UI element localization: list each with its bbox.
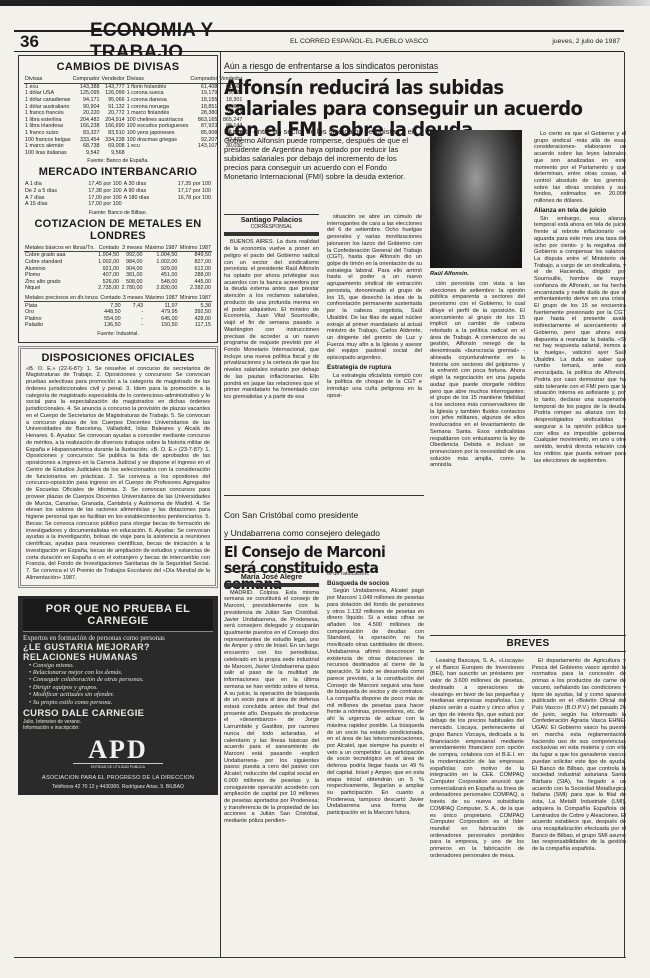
column-header: 3 meses (122, 295, 144, 302)
table-row: 100 liras italianas9,5429,568 (24, 150, 243, 157)
table-cell: 17,35 por 100 (162, 181, 212, 188)
table-cell: 392,50 (179, 309, 212, 316)
table-cell: 150,50 (144, 322, 179, 329)
marconi-article: Con San Cristóbal como presidente y Unda… (224, 505, 424, 592)
table-cell: 849,50 (178, 252, 212, 259)
marconi-author: María José Alegre (224, 574, 319, 587)
marconi-col2a-text: te de ratificación. (327, 571, 424, 578)
subhead-busqueda: Búsqueda de socios (327, 581, 424, 588)
table-cell: 100 escudos portugueses (126, 123, 190, 130)
table-cell: 381,00 (120, 272, 143, 279)
marconi-kicker-1: Con San Cristóbal como presidente (224, 511, 358, 522)
metales-basicos-table: Metales básicos en libras/Tn.Contado3 me… (24, 245, 212, 292)
table-row: Cobre grado aaa1.004,50992,001.004,50849… (24, 252, 212, 259)
table-cell: 451,00 (143, 272, 178, 279)
financial-tables-box: CAMBIOS DE DIVISAS DivisasCompradorVende… (18, 55, 218, 343)
table-cell: 28,380 (189, 110, 218, 117)
apd-logo: APD ENTIDAD DE UTILIDAD PUBLICA (73, 737, 163, 769)
table-cell: 1.004,50 (97, 252, 120, 259)
divisas-table: DivisasCompradorVendedorDivisasComprador… (24, 76, 243, 156)
column-header: Metales preciosos en dlr./onza (24, 295, 99, 302)
marconi-kicker-2: y Undabarrena como consejero delegado (224, 529, 380, 540)
disposiciones-title: DISPOSICIONES OFICIALES (26, 352, 210, 364)
table-cell: 18,155 (189, 97, 218, 104)
table-cell: 143,777 (101, 83, 126, 90)
table-cell: 1 libra irlandesa (24, 123, 72, 130)
breves-column-left: Leasing Bascaya, S. A., «Liscaya» y el B… (430, 658, 524, 860)
table-row: Platino554,00-645,00428,00 (24, 315, 212, 322)
ad-course: CURSO DALE CARNEGIE (23, 708, 213, 719)
table-cell: 863,165 (189, 117, 218, 124)
metales-source: Fuente: Industrial. (24, 331, 212, 337)
table-cell: 117,15 (179, 322, 212, 329)
table-cell: 100 dracmas griegas (126, 136, 190, 143)
apd-logo-text: APD (73, 737, 163, 763)
table-cell: 87,923 (189, 123, 218, 130)
table-row: 1 dólar australiano90,90491,1321 corona … (24, 103, 243, 110)
main-col1-text: BUENOS AIRES. La dura realidad de la eco… (224, 239, 319, 400)
table-cell: 85,908 (189, 130, 218, 137)
table-cell: 17,00 por 100 (72, 194, 122, 201)
table-cell: 100 chelines austríacos (126, 117, 190, 124)
table-cell: 83,327 (72, 130, 101, 137)
table-cell: 204,914 (101, 117, 126, 124)
table-cell: 2.735,00 (97, 285, 120, 292)
table-cell: 645,00 (144, 315, 179, 322)
ad-question: ¿LE GUSTARIA MEJORAR? RELACIONES HUMANAS (23, 642, 213, 662)
table-cell: 100 liras italianas (24, 150, 72, 157)
table-cell: Aluminio (24, 265, 97, 272)
ad-bullet-item: Relacionarse mejor con los demás. (29, 669, 213, 676)
table-row: 1 franco suizo83,32783,510100 yens japon… (24, 130, 243, 137)
column-header: Mínimo 1987 (178, 245, 212, 252)
byline: Santiago Palacios CORRESPONSAL (224, 214, 319, 236)
table-cell: 921,00 (97, 265, 120, 272)
table-cell: 1.004,50 (143, 252, 178, 259)
table-cell: 69,008 (101, 143, 126, 150)
table-cell: 100 yens japoneses (126, 130, 190, 137)
table-cell: 90,904 (72, 103, 101, 110)
ad-phones: Teléfonos 42 70 12 y 4430300. Rodríguez … (23, 784, 213, 790)
table-cell: Paladio (24, 322, 99, 329)
table-cell: A 90 días (123, 188, 162, 195)
table-row: 1 dólar USA125,095126,0991 corona sueca1… (24, 90, 243, 97)
ad-bullet-item: Conseguir colaboración de otras personas… (29, 676, 213, 683)
table-cell: A 15 días (24, 201, 72, 208)
table-row: 1 dólar canadiense94,17195,0661 corona d… (24, 97, 243, 104)
metales-title: COTIZACION DE METALES EN LONDRES (24, 218, 212, 242)
divisas-source: Fuente: Banco de España. (24, 158, 212, 164)
table-cell: 9,568 (101, 150, 126, 157)
column-header: Comprador (72, 76, 101, 83)
ad-bullet-item: Modificar actitudes sin ofender. (29, 691, 213, 698)
table-cell: A 7 días (24, 194, 72, 201)
ad-headline: POR QUE NO PRUEBA EL CARNEGIE (23, 599, 213, 632)
table-cell: 548,00 (143, 278, 178, 285)
column-header: Contado (99, 295, 121, 302)
table-cell: 11,97 (144, 302, 179, 309)
table-cell: Plata (24, 302, 99, 309)
column-header: Máximo 1987 (144, 295, 179, 302)
disposiciones-text: «B. O. E.» (22-6-87): 1. Se resuelve el … (26, 366, 210, 582)
page-bottom-rule (14, 957, 626, 958)
column-header: Mínimo 1987 (179, 295, 212, 302)
table-cell: 929,00 (143, 265, 178, 272)
table-cell: 1 marco finlandés (126, 110, 190, 117)
table-cell: 288,00 (178, 272, 212, 279)
divisas-title: CAMBIOS DE DIVISAS (24, 61, 212, 73)
marconi-byline: María José Alegre (224, 571, 319, 587)
table-cell: 1.002,00 (97, 259, 120, 266)
table-row: Niquel2.735,002.780,002.830,002.282,00 (24, 285, 212, 292)
table-cell: 166,238 (72, 123, 101, 130)
table-cell: 1 ecu (126, 143, 190, 150)
column-header: Vendedor (101, 76, 126, 83)
table-cell: 204,482 (72, 117, 101, 124)
table-row: 1 franco francés20,22020,7721 marco finl… (24, 110, 243, 117)
main-article: Aún a riesgo de enfrentarse a los sindic… (224, 56, 624, 140)
table-cell: Platino (24, 315, 99, 322)
table-cell: 2.282,00 (178, 285, 212, 292)
table-cell: Cobre standard (24, 259, 97, 266)
table-row: Plomo407,00381,00451,00288,00 (24, 272, 212, 279)
author-name: Santiago Palacios (224, 217, 319, 224)
table-cell: 984,00 (120, 259, 143, 266)
ad-bullet-item: Consigo mismo. (29, 662, 213, 669)
table-cell: Plomo (24, 272, 97, 279)
column-header: Divisas (24, 76, 72, 83)
table-cell: 1 florin holandés (126, 83, 190, 90)
table-cell: 83,510 (101, 130, 126, 137)
table-cell: 7,30 (99, 302, 121, 309)
column-rule (220, 52, 221, 957)
table-row: 100 francos belgas333,454334,238100 drac… (24, 136, 243, 143)
column-header: 3 meses (120, 245, 143, 252)
table-cell: 554,00 (99, 315, 121, 322)
marconi-col2b-text: Según Undabarrena, Alcatel pagó por Marc… (327, 588, 424, 816)
table-cell: 17,45 por 100 (72, 181, 122, 188)
ad-info: Información e inscripción: (23, 725, 213, 731)
author-role: CORRESPONSAL (224, 224, 319, 237)
table-cell (162, 201, 212, 208)
table-cell: 1 dólar australiano (24, 103, 72, 110)
table-cell: A 1 día (24, 181, 72, 188)
table-cell: - (122, 309, 144, 316)
table-row: A 15 días17,00 por 100 (24, 201, 212, 208)
table-cell: 1 franco francés (24, 110, 72, 117)
table-cell: Cobre grado aaa (24, 252, 97, 259)
breves-column-right: El departamento de Agricultura y Pesca d… (532, 658, 626, 853)
table-cell: 91,132 (101, 103, 126, 110)
table-cell: 17,00 por 100 (72, 201, 122, 208)
table-cell: - (122, 315, 144, 322)
subhead-estrategia: Estrategia de ruptura (327, 365, 422, 372)
table-cell: 333,454 (72, 136, 101, 143)
table-cell: De 2 a 5 días (24, 188, 72, 195)
table-cell: 334,238 (101, 136, 126, 143)
table-cell: A 180 días (123, 194, 162, 201)
newspaper-name: EL CORREO ESPAÑOL-EL PUEBLO VASCO (290, 38, 510, 45)
table-cell: 407,00 (97, 272, 120, 279)
main-lead: El pacto entre un sector de los sindicat… (224, 127, 420, 181)
table-cell: 827,00 (178, 259, 212, 266)
table-cell: 2.830,00 (143, 285, 178, 292)
table-cell: 125,095 (72, 90, 101, 97)
page-edge-shadow (0, 0, 650, 6)
table-cell: 1 ecu (24, 83, 72, 90)
breves-left-text: Leasing Bascaya, S. A., «Liscaya» y el B… (430, 658, 524, 860)
table-cell: 20,220 (72, 110, 101, 117)
ad-bullet-list: Consigo mismo.Relacionarse mejor con los… (23, 662, 213, 706)
table-cell: 1 dólar canadiense (24, 97, 72, 104)
table-cell: 19,179 (189, 90, 218, 97)
table-cell: 1 corona sueca (126, 90, 190, 97)
subhead-alianza: Alianza en tela de juicio (534, 208, 626, 215)
table-cell: 143,388 (72, 83, 101, 90)
table-row: Oro448,50-479,95392,50 (24, 309, 212, 316)
table-cell (189, 150, 218, 157)
table-cell: 1 marco alemán (24, 143, 72, 150)
table-cell: 445,00 (178, 278, 212, 285)
main-col4a-text: Lo cierto es que el Gobierno y el grupo … (534, 131, 626, 205)
table-cell: 166,690 (101, 123, 126, 130)
table-cell: 9,542 (72, 150, 101, 157)
table-cell: 17,17 por 100 (162, 188, 212, 195)
table-row: Aluminio921,00904,00929,00612,00 (24, 265, 212, 272)
table-cell: 1 dólar USA (24, 90, 72, 97)
main-column-2: situación se abre un cúmulo de interroga… (327, 214, 422, 399)
main-column-4: Lo cierto es que el Gobierno y el grupo … (534, 131, 626, 464)
table-row: Paladio136,50-150,50117,15 (24, 322, 212, 329)
table-cell: 612,00 (178, 265, 212, 272)
ad-bullet-item: Su propio estilo como persona. (29, 699, 213, 706)
table-cell: 2.780,00 (120, 285, 143, 292)
table-cell: 94,171 (72, 97, 101, 104)
ad-association: ASOCIACION PARA EL PROGRESO DE LA DIRECC… (23, 775, 213, 781)
table-row: 1 libra esterlina204,482204,914100 cheli… (24, 117, 243, 124)
breves-title: BREVES (430, 636, 626, 652)
table-cell: 100 francos belgas (24, 136, 72, 143)
table-cell: 16,78 por 100 (162, 194, 212, 201)
table-cell: 18,851 (189, 103, 218, 110)
table-row: 1 marco alemán68,73869,0081 ecu143,10730… (24, 143, 243, 150)
table-cell: 526,00 (97, 278, 120, 285)
table-cell: 904,00 (120, 265, 143, 272)
table-cell: 1 libra esterlina (24, 117, 72, 124)
table-cell: 1 franco suizo (24, 130, 72, 137)
marconi-column-2: te de ratificación. Búsqueda de socios S… (327, 571, 424, 817)
interbancario-table: A 1 día17,45 por 100A 30 días17,35 por 1… (24, 181, 212, 207)
main-column-1: Santiago Palacios CORRESPONSAL BUENOS AI… (224, 214, 319, 401)
table-cell: 136,50 (99, 322, 121, 329)
carnegie-advertisement: POR QUE NO PRUEBA EL CARNEGIE Expertos e… (18, 596, 218, 795)
column-header: Máximo 1987 (143, 245, 178, 252)
interbancario-title: MERCADO INTERBANCARIO (24, 166, 212, 178)
table-cell: 92,207 (189, 136, 218, 143)
table-row: Zinc alto grado526,00508,00548,00445,00 (24, 278, 212, 285)
photo-caption: Raúl Alfonsín. (430, 271, 469, 277)
main-col2-text: situación se abre un cúmulo de interroga… (327, 214, 422, 362)
main-kicker: Aún a riesgo de enfrentarse a los sindic… (224, 61, 438, 73)
column-rule (624, 52, 625, 957)
table-cell: A 30 días (123, 181, 162, 188)
table-cell: 479,95 (144, 309, 179, 316)
table-cell: Zinc alto grado (24, 278, 97, 285)
table-row: 1 libra irlandesa166,238166,690100 escud… (24, 123, 243, 130)
masthead: 36 ECONOMIA Y TRABAJO EL CORREO ESPAÑOL-… (14, 30, 624, 52)
table-cell: 5,38 (179, 302, 212, 309)
table-cell: 68,738 (72, 143, 101, 150)
main-column-3: ción peronista con vista a las eleccione… (430, 281, 525, 469)
main-col4b-text: Sin embargo, esa alianza temporal está a… (534, 216, 626, 465)
metales-preciosos-table: Metales preciosos en dlr./onzaContado3 m… (24, 295, 212, 329)
column-header: Metales básicos en libras/Tn. (24, 245, 97, 252)
marconi-column-1: María José Alegre MADRID. Colpisa. Esta … (224, 571, 319, 825)
table-cell: 1 corona danesa (126, 97, 190, 104)
table-cell: - (122, 322, 144, 329)
table-cell: 428,00 (179, 315, 212, 322)
table-cell: Niquel (24, 285, 97, 292)
table-cell: 61,408 (189, 83, 218, 90)
table-cell: 143,107 (189, 143, 218, 150)
column-header: Comprador (189, 76, 218, 83)
column-header: Contado (97, 245, 120, 252)
table-cell: 20,772 (101, 110, 126, 117)
table-row: De 2 a 5 días17,38 por 100A 90 días17,17… (24, 188, 212, 195)
article-separator (224, 495, 424, 496)
main-col3-text: ción peronista con vista a las eleccione… (430, 281, 525, 469)
left-column: CAMBIOS DE DIVISAS DivisasCompradorVende… (18, 55, 218, 795)
table-row: A 1 día17,45 por 100A 30 días17,35 por 1… (24, 181, 212, 188)
ad-subtitle: Expertos en formación de personas como p… (23, 634, 213, 642)
main-col2b-text: La estrategia oficialista rompió con la … (327, 373, 422, 400)
page-number: 36 (14, 32, 50, 52)
table-cell: 126,099 (101, 90, 126, 97)
table-cell: 1 corona noruega (126, 103, 190, 110)
table-cell: 992,00 (120, 252, 143, 259)
table-cell: Oro (24, 309, 99, 316)
issue-date: jueves, 2 julio de 1987 (552, 38, 624, 45)
breves-section: BREVES Leasing Bascaya, S. A., «Liscaya»… (430, 635, 626, 652)
table-cell (126, 150, 190, 157)
table-cell: 95,066 (101, 97, 126, 104)
disposiciones-oficiales-box: DISPOSICIONES OFICIALES «B. O. E.» (22-6… (18, 346, 218, 588)
table-cell: 508,00 (120, 278, 143, 285)
ad-bullet-item: Dirigir equipos y grupos. (29, 684, 213, 691)
table-row: Cobre standard1.002,00984,001.002,00827,… (24, 259, 212, 266)
table-row: A 7 días17,00 por 100A 180 días16,78 por… (24, 194, 212, 201)
table-row: Plata7,307,4311,975,38 (24, 302, 212, 309)
alfonsin-photo (430, 130, 522, 268)
table-cell (123, 201, 162, 208)
table-row: 1 ecu143,388143,7771 florin holandés61,4… (24, 83, 243, 90)
table-cell: 17,38 por 100 (72, 188, 122, 195)
breves-right-text: El departamento de Agricultura y Pesca d… (532, 658, 626, 853)
interbancario-source: Fuente: Banco de Bilbao. (24, 210, 212, 216)
marconi-col1-text: MADRID. Colpisa. Esta misma semana se co… (224, 590, 319, 825)
table-cell: 448,50 (99, 309, 121, 316)
column-header: Divisas (126, 76, 190, 83)
table-cell: 7,43 (122, 302, 144, 309)
table-cell: 1.002,00 (143, 259, 178, 266)
